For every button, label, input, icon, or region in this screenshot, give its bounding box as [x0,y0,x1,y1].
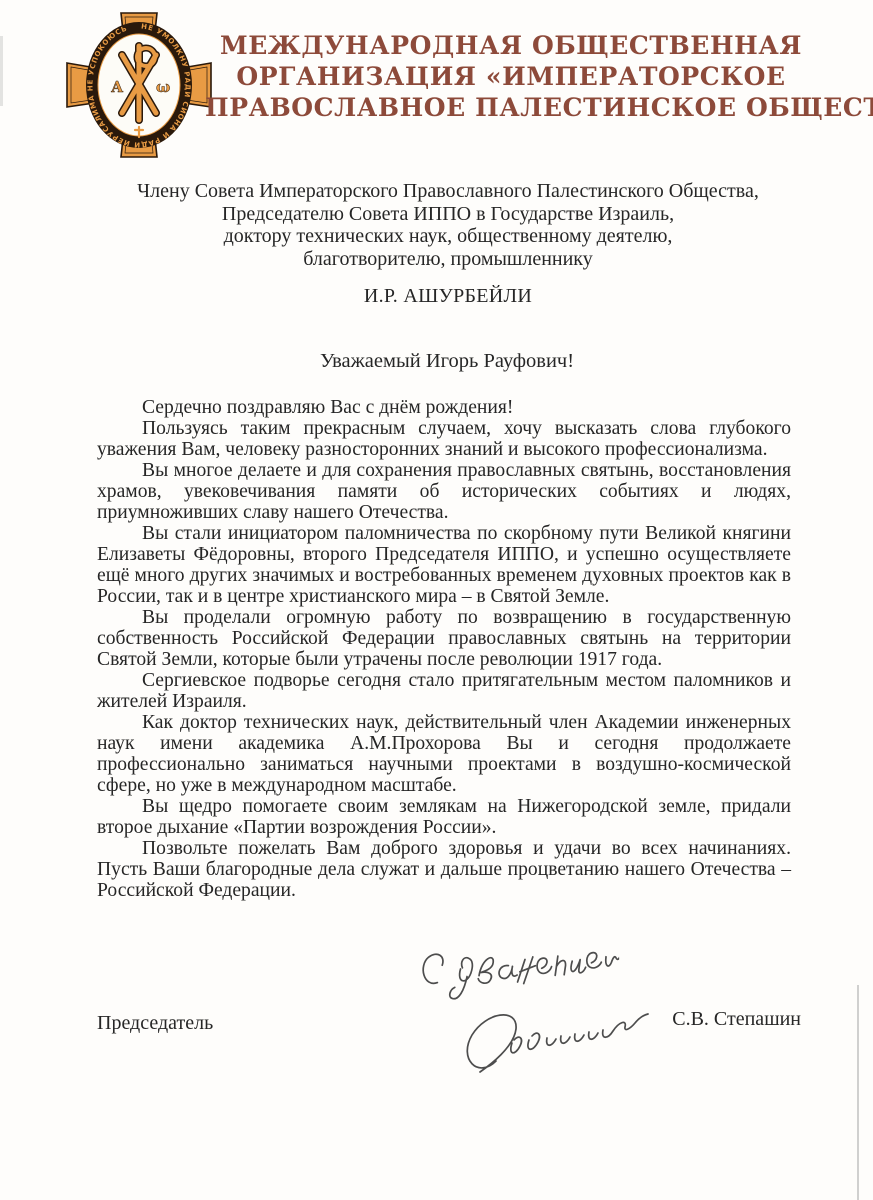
body-paragraph: Сергиевское подворье сегодня стало притя… [97,670,791,712]
salutation: Уважаемый Игорь Рауфович! [97,350,797,373]
scan-artifact-smudge [0,36,3,106]
body-paragraph: Позвольте пожелать Вам доброго здоровья … [97,838,791,901]
body-paragraph: Сердечно поздравляю Вас с днём рождения! [97,397,791,418]
signer-name: С.В. Степашин [672,1008,801,1031]
addressee-name: И.Р. АШУРБЕЙЛИ [90,285,806,308]
org-title: МЕЖДУНАРОДНАЯ ОБЩЕСТВЕННАЯОРГАНИЗАЦИЯ «И… [205,30,817,123]
body-paragraph: Пользуясь таким прекрасным случаем, хочу… [97,418,791,460]
letter-page: НЕ УМОЛКНУ РАДИ СИОНА И РАДИ ИЕРУСАЛИМА … [0,0,873,1200]
body-paragraph: Вы щедро помогаете своим землякам на Ниж… [97,796,791,838]
addressee-line: доктору технических наук, общественному … [90,225,806,248]
alpha-letter: А [111,78,124,96]
orthodox-cross-emblem-icon: НЕ УМОЛКНУ РАДИ СИОНА И РАДИ ИЕРУСАЛИМА … [63,10,215,160]
org-title-line: ОРГАНИЗАЦИЯ «ИМПЕРАТОРСКОЕ [205,61,817,92]
handwritten-signature [452,999,662,1083]
addressee-line: Члену Совета Императорского Православног… [90,180,806,203]
position-title: Председатель [97,1012,213,1035]
addressee-line: благотворителю, промышленнику [90,248,806,271]
org-title-line: ПРАВОСЛАВНОЕ ПАЛЕСТИНСКОЕ ОБЩЕСТВО» [205,92,817,123]
addressee-line: Председателю Совета ИППО в Государстве И… [90,203,806,226]
letter-body: Сердечно поздравляю Вас с днём рождения!… [97,397,791,901]
body-paragraph: Вы многое делаете и для сохранения право… [97,460,791,523]
body-paragraph: Вы стали инициатором паломничества по ск… [97,523,791,607]
addressee-block: Члену Совета Императорского Православног… [90,180,806,270]
body-paragraph: Как доктор технических наук, действитель… [97,712,791,796]
org-title-line: МЕЖДУНАРОДНАЯ ОБЩЕСТВЕННАЯ [205,30,817,61]
omega-letter: ω [156,78,170,96]
scan-artifact-line [857,985,859,1200]
body-paragraph: Вы проделали огромную работу по возвраще… [97,607,791,670]
